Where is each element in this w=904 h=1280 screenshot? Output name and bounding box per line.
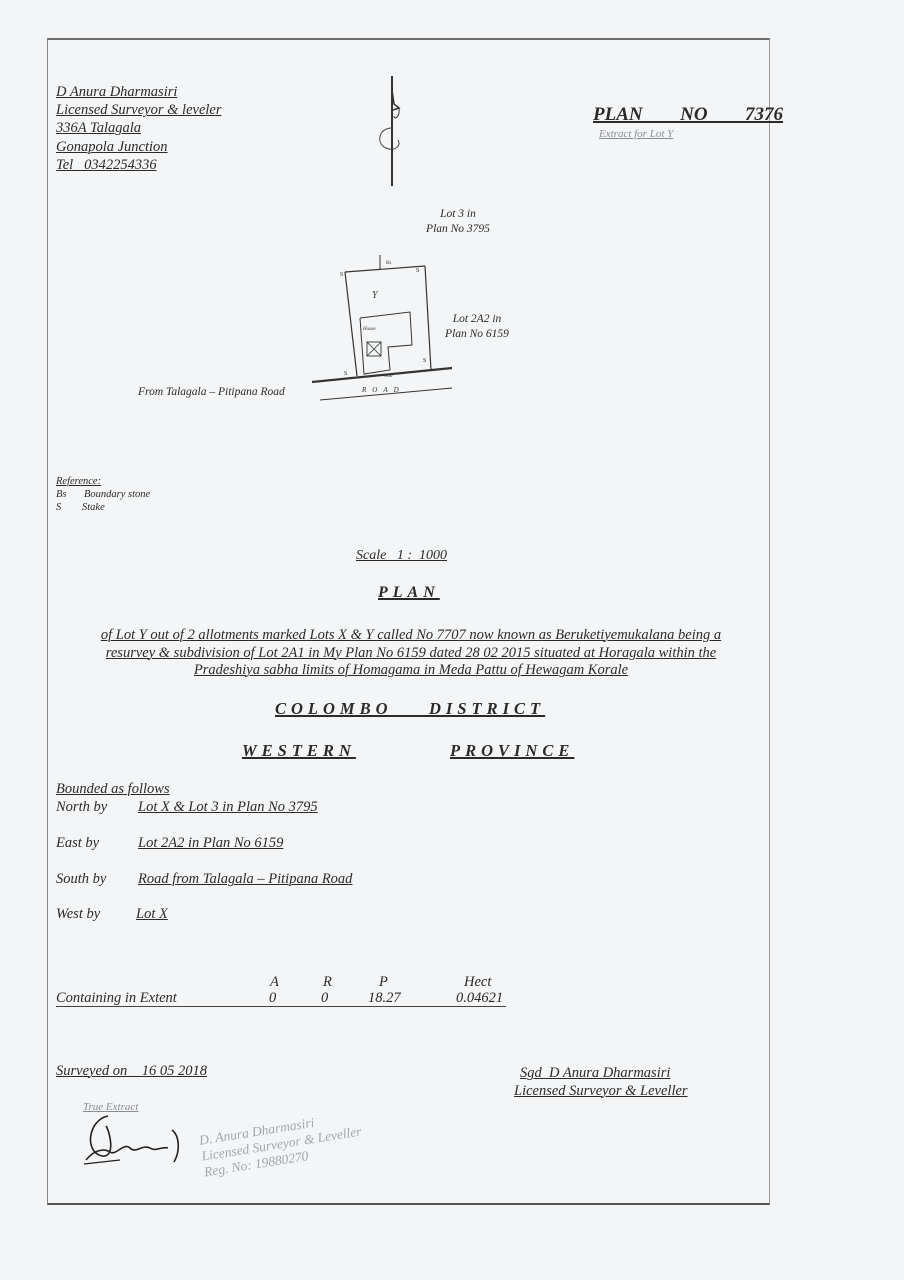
north-neighbor-line1: Lot 3 in: [418, 207, 498, 222]
province-heading-right: PROVINCE: [450, 741, 574, 761]
reference-meaning: Stake: [82, 502, 105, 513]
reference-item: SStake: [56, 501, 150, 514]
surveyed-on-date: Surveyed on 16 05 2018: [56, 1063, 207, 1080]
extent-header-a: A: [270, 974, 279, 991]
reference-legend: Reference: BsBoundary stone SStake: [56, 475, 150, 514]
boundary-side: West by: [56, 906, 136, 923]
district-heading: COLOMBO DISTRICT: [275, 699, 545, 719]
signature-name: Sgd D Anura Dharmasiri: [520, 1065, 670, 1082]
boundaries-title: Bounded as follows: [56, 781, 170, 798]
description-line: Pradeshiya sabha limits of Homagama in M…: [194, 662, 628, 678]
boundary-south: South byRoad from Talagala – Pitipana Ro…: [56, 871, 352, 888]
house-label: House: [362, 327, 377, 332]
extent-header-p: P: [379, 974, 388, 991]
plan-border: [47, 38, 770, 1205]
boundary-north: North byLot X & Lot 3 in Plan No 3795: [56, 799, 318, 816]
lot-letter-label: Y: [372, 290, 379, 301]
boundary-value: Lot X: [136, 906, 168, 922]
stake-mark: S: [416, 268, 419, 274]
plan-title: PLAN: [378, 584, 440, 602]
surveyor-name: D Anura Dharmasiri: [56, 83, 221, 101]
signature-title: Licensed Surveyor & Leveller: [514, 1083, 688, 1100]
province-heading-left: WESTERN: [242, 741, 356, 761]
boundary-value: Lot X & Lot 3 in Plan No 3795: [138, 799, 318, 815]
description-line: resurvey & subdivision of Lot 2A1 in My …: [106, 645, 716, 661]
boundary-value: Lot 2A2 in Plan No 6159: [138, 835, 283, 851]
surveyor-title: Licensed Surveyor & leveler: [56, 101, 221, 119]
road-letters: ROAD: [361, 386, 405, 394]
boundary-stone-mark: Bs: [386, 261, 391, 266]
reference-meaning: Boundary stone: [84, 489, 150, 500]
surveyor-town: Gonapola Junction: [56, 138, 221, 156]
wall-label: wall: [384, 374, 393, 379]
north-arrow-icon: [372, 72, 412, 190]
reference-code: Bs: [56, 488, 84, 501]
extent-hectares: 0.04621: [456, 990, 503, 1007]
surveyor-address-block: D Anura Dharmasiri Licensed Surveyor & l…: [56, 83, 221, 174]
surveyor-street: 336A Talagala: [56, 119, 221, 137]
stake-mark: S: [344, 371, 347, 377]
stake-mark: S: [340, 272, 343, 278]
plan-description: of Lot Y out of 2 allotments marked Lots…: [56, 627, 766, 680]
boundary-side: North by: [56, 799, 138, 816]
north-neighbor-label: Lot 3 in Plan No 3795: [418, 207, 498, 237]
boundary-side: South by: [56, 871, 138, 888]
extent-label: Containing in Extent: [56, 990, 177, 1007]
boundary-side: East by: [56, 835, 138, 852]
boundary-west: West byLot X: [56, 906, 168, 923]
reference-item: BsBoundary stone: [56, 488, 150, 501]
handwritten-signature-icon: [80, 1112, 190, 1172]
extent-header-r: R: [323, 974, 332, 991]
stake-mark: S: [423, 358, 426, 364]
description-line: of Lot Y out of 2 allotments marked Lots…: [101, 627, 721, 643]
scale-text: Scale 1 : 1000: [356, 548, 447, 564]
north-neighbor-line2: Plan No 3795: [418, 222, 498, 237]
reference-title: Reference:: [56, 475, 150, 488]
extent-row: Containing in Extent 0 0 18.27 0.04621: [56, 990, 506, 1007]
extent-acres: 0: [269, 990, 276, 1007]
surveyor-phone: Tel 0342254336: [56, 156, 221, 174]
road-label: From Talagala – Pitipana Road: [138, 385, 285, 400]
extent-roods: 0: [321, 990, 328, 1007]
extract-note: Extract for Lot Y: [599, 128, 673, 140]
plan-number: PLAN NO 7376: [593, 104, 783, 126]
boundary-east: East byLot 2A2 in Plan No 6159: [56, 835, 283, 852]
extent-perches: 18.27: [368, 990, 401, 1007]
boundary-value: Road from Talagala – Pitipana Road: [138, 871, 352, 887]
extent-header-hect: Hect: [464, 974, 491, 991]
lot-sketch-diagram: Y House wall ROAD S S S S Bs: [300, 250, 460, 410]
reference-code: S: [56, 501, 82, 514]
